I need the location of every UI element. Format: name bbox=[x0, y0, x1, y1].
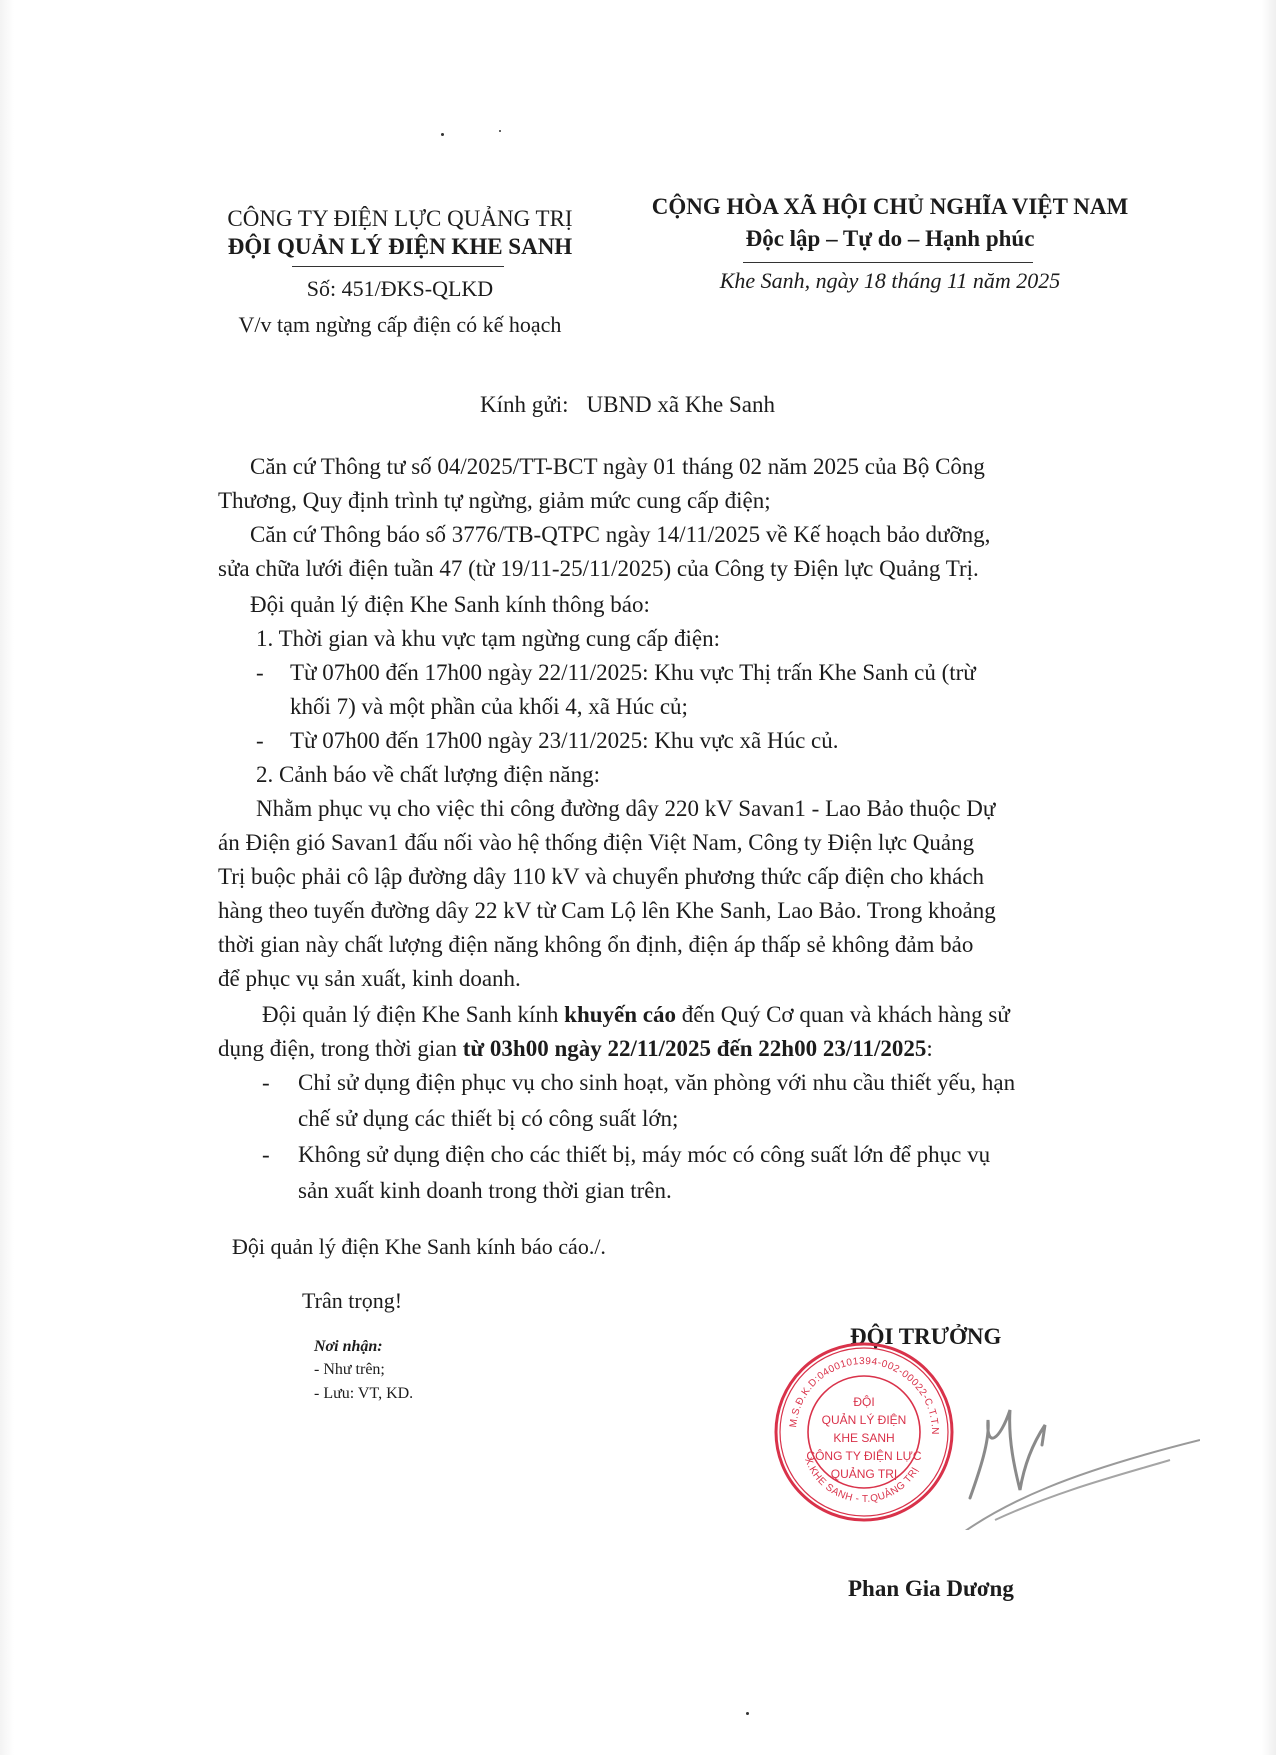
warning-line-6: để phục vụ sản xuất, kinh doanh. bbox=[218, 962, 1138, 995]
stamp-line: CÔNG TY ĐIỆN LỰC bbox=[806, 1448, 921, 1463]
warning-line-3: Trị buộc phải cô lập đường dây 110 kV và… bbox=[218, 860, 1138, 893]
national-title: CỘNG HÒA XÃ HỘI CHỦ NGHĨA VIỆT NAM bbox=[620, 194, 1160, 220]
official-stamp: M.S.Đ.K.D:0400101394-002-00022-C.T.T.N.H… bbox=[772, 1340, 956, 1524]
scan-speck bbox=[499, 130, 501, 132]
advice-item-2-line-1: Không sử dụng điện cho các thiết bị, máy… bbox=[298, 1138, 990, 1171]
bullet-dash: - bbox=[262, 1066, 270, 1099]
outage-item-1-line-1: Từ 07h00 đến 17h00 ngày 22/11/2025: Khu … bbox=[290, 656, 976, 689]
issuing-company: CÔNG TY ĐIỆN LỰC QUẢNG TRỊ bbox=[190, 206, 610, 232]
document-number: Số: 451/ĐKS-QLKD bbox=[190, 276, 610, 302]
issuing-team: ĐỘI QUẢN LÝ ĐIỆN KHE SANH bbox=[190, 234, 610, 260]
scan-speck bbox=[746, 1712, 749, 1715]
document-subject: V/v tạm ngừng cấp điện có kế hoạch bbox=[190, 312, 610, 338]
stamp-line: QUẢNG TRỊ bbox=[831, 1466, 897, 1481]
bullet-dash: - bbox=[256, 724, 264, 757]
section-2-title: 2. Cảnh báo về chất lượng điện năng: bbox=[256, 758, 1176, 791]
basis-1-line-2: Thương, Quy định trình tự ngừng, giảm mứ… bbox=[218, 484, 1138, 517]
advice-item-2-line-2: sản xuất kinh doanh trong thời gian trên… bbox=[298, 1174, 672, 1207]
recipient-line: Kính gửi:UBND xã Khe Sanh bbox=[480, 392, 775, 418]
national-motto: Độc lập – Tự do – Hạnh phúc bbox=[620, 226, 1160, 252]
closing-report: Đội quản lý điện Khe Sanh kính báo cáo./… bbox=[232, 1234, 606, 1260]
basis-2-line-1: Căn cứ Thông báo số 3776/TB-QTPC ngày 14… bbox=[250, 518, 1170, 551]
outage-item-1-line-2: khối 7) và một phần của khối 4, xã Húc c… bbox=[290, 690, 688, 723]
header-right-underline bbox=[743, 262, 1033, 263]
bullet-dash: - bbox=[256, 656, 264, 689]
recipient-label: Kính gửi: bbox=[480, 392, 569, 417]
warning-line-4: hàng theo tuyến đường dây 22 kV từ Cam L… bbox=[218, 894, 1138, 927]
recipient-name: UBND xã Khe Sanh bbox=[587, 392, 775, 417]
recipient-item: - Lưu: VT, KD. bbox=[314, 1385, 413, 1403]
advice-line-1: Đội quản lý điện Khe Sanh kính khuyến cá… bbox=[262, 998, 1182, 1031]
stamp-line: ĐỘI bbox=[853, 1394, 874, 1409]
document-date: Khe Sanh, ngày 18 tháng 11 năm 2025 bbox=[620, 268, 1160, 294]
header-left-underline bbox=[292, 266, 504, 267]
basis-1-line-1: Căn cứ Thông tư số 04/2025/TT-BCT ngày 0… bbox=[250, 450, 1170, 483]
advice-line-2: dụng điện, trong thời gian từ 03h00 ngày… bbox=[218, 1032, 1138, 1065]
announcement: Đội quản lý điện Khe Sanh kính thông báo… bbox=[250, 588, 1170, 621]
scan-speck bbox=[441, 133, 444, 136]
recipient-item: - Như trên; bbox=[314, 1361, 385, 1379]
advice-period: từ 03h00 ngày 22/11/2025 đến 22h00 23/11… bbox=[463, 1036, 927, 1061]
basis-2-line-2: sửa chữa lưới điện tuần 47 (từ 19/11-25/… bbox=[218, 552, 1138, 585]
advice-item-1-line-2: chế sử dụng các thiết bị có công suất lớ… bbox=[298, 1102, 678, 1135]
closing-regards: Trân trọng! bbox=[302, 1288, 402, 1314]
document-page: CÔNG TY ĐIỆN LỰC QUẢNG TRỊ ĐỘI QUẢN LÝ Đ… bbox=[0, 0, 1276, 1755]
signatory-name: Phan Gia Dương bbox=[848, 1576, 1014, 1602]
bullet-dash: - bbox=[262, 1138, 270, 1171]
stamp-line: KHE SANH bbox=[833, 1431, 894, 1445]
recipients-title: Nơi nhận: bbox=[314, 1338, 383, 1356]
stamp-line: QUẢN LÝ ĐIỆN bbox=[822, 1412, 907, 1427]
section-1-title: 1. Thời gian và khu vực tạm ngừng cung c… bbox=[256, 622, 1176, 655]
advice-item-1-line-1: Chỉ sử dụng điện phục vụ cho sinh hoạt, … bbox=[298, 1066, 1015, 1099]
warning-line-1: Nhằm phục vụ cho việc thi công đường dây… bbox=[256, 792, 1176, 825]
outage-item-2-line-1: Từ 07h00 đến 17h00 ngày 23/11/2025: Khu … bbox=[290, 724, 839, 757]
advice-keyword: khuyến cáo bbox=[564, 1002, 676, 1027]
warning-line-5: thời gian này chất lượng điện năng không… bbox=[218, 928, 1138, 961]
warning-line-2: án Điện gió Savan1 đấu nối vào hệ thống … bbox=[218, 826, 1138, 859]
